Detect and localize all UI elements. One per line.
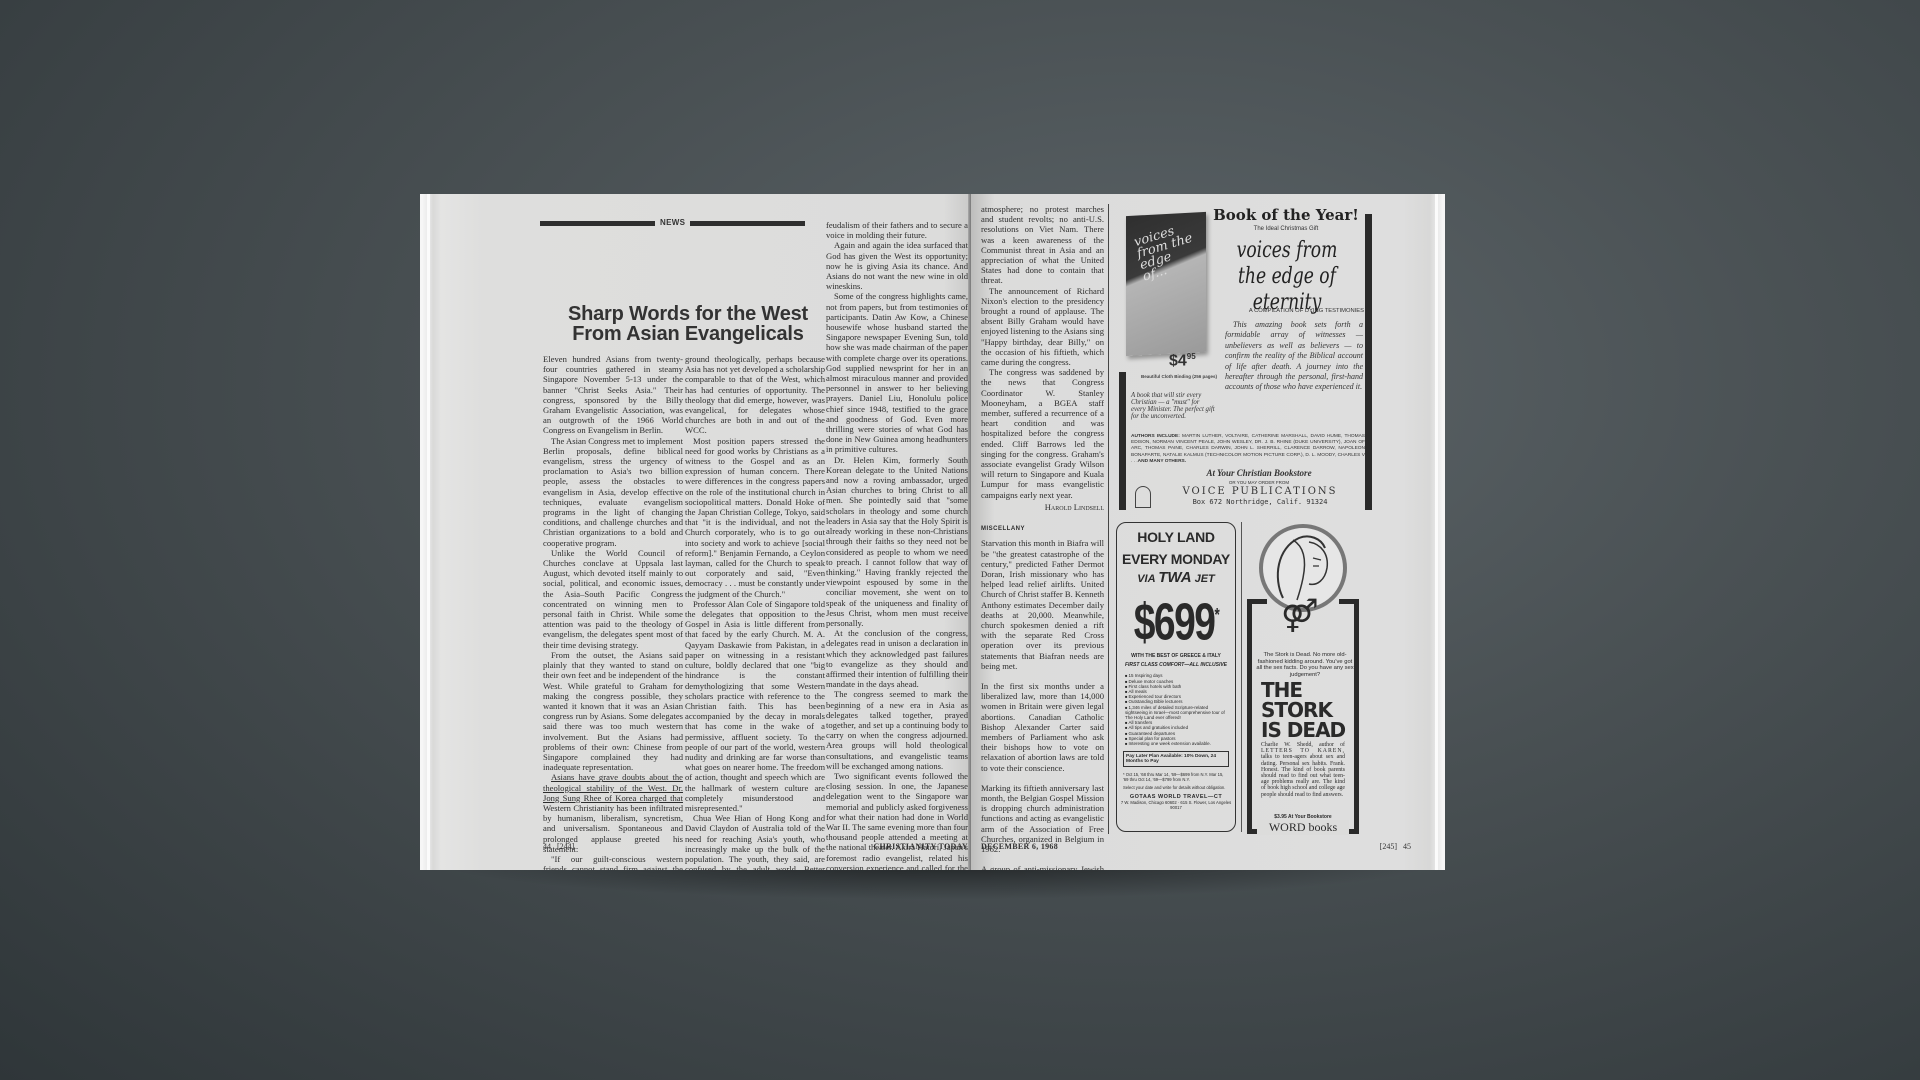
paragraph: ground theologically, perhaps because As… xyxy=(685,354,825,436)
publisher-name: VOICE PUBLICATIONS xyxy=(1157,486,1363,497)
byline: Harold Lindsell xyxy=(981,502,1104,512)
page-number: 45 xyxy=(1403,842,1411,851)
comfort-line: FIRST CLASS COMFORT—ALL INCLUSIVE xyxy=(1117,662,1235,669)
voice-logo-icon xyxy=(1135,486,1151,508)
ad-line1: HOLY LAND xyxy=(1117,529,1235,545)
folio: [244] xyxy=(557,842,574,851)
paragraph: The congress seemed to mark the beginnin… xyxy=(826,689,968,771)
bookstore-line: At Your Christian Bookstore xyxy=(1159,468,1359,478)
ad-divider xyxy=(1241,522,1242,832)
stork-title: THE STORK IS DEAD xyxy=(1261,680,1345,740)
paragraph: Most position papers stressed the need f… xyxy=(685,436,825,599)
best-of-line: WITH THE BEST OF GREECE & ITALY xyxy=(1117,653,1235,660)
paragraph: Chua Wee Hian of Hong Kong and David Cla… xyxy=(685,813,825,870)
paragraph: feudalism of their fathers and to secure… xyxy=(826,220,968,240)
paragraph: Professor Alan Cole of Singapore told th… xyxy=(685,599,825,813)
paragraph: Some of the congress highlights came, no… xyxy=(826,291,968,454)
page-number: 44 xyxy=(543,842,551,851)
article-column-3: feudalism of their fathers and to secure… xyxy=(826,220,968,870)
paragraph: From the outset, the Asians said plainly… xyxy=(543,650,683,772)
column-divider xyxy=(1108,204,1109,834)
order-line: OR YOU MAY ORDER FROM xyxy=(1159,480,1359,485)
left-page: NEWS Sharp Words for the West From Asian… xyxy=(420,194,971,870)
miscellany-heading: MISCELLANY xyxy=(981,524,1104,534)
quote: "If our guilt-conscious western friends … xyxy=(543,854,683,870)
book-description: This amazing book sets forth a formidabl… xyxy=(1225,320,1363,393)
book-binding: Beautiful Cloth Binding (256 pages) xyxy=(1137,374,1217,379)
book-blurb: A book that will stir every Christian — … xyxy=(1131,392,1215,420)
cover-title: voices from the edge of... xyxy=(1133,220,1203,284)
article-column-2: ground theologically, perhaps because As… xyxy=(685,354,825,870)
section-label: NEWS xyxy=(660,218,685,227)
paragraph: Again and again the idea surfaced that G… xyxy=(826,240,968,291)
pay-later-box: Pay Later Plan Available: 10% Down, 24 M… xyxy=(1123,751,1229,767)
ad-headline: Book of the Year! xyxy=(1211,206,1361,224)
article-column-1: Eleven hundred Asians from twenty-four c… xyxy=(543,354,683,870)
paragraph: Dr. Helen Kim, formerly South Korean del… xyxy=(826,455,968,628)
issue-date: DECEMBER 6, 1968 xyxy=(981,842,1058,851)
ad-subhead: The Ideal Christmas Gift xyxy=(1211,226,1361,232)
paragraph: Unlike the World Council of Churches con… xyxy=(543,548,683,650)
paragraph: The Asian Congress met to implement Berl… xyxy=(543,436,683,548)
book-price: $495 xyxy=(1169,352,1196,370)
paragraph: The congress was saddened by the news th… xyxy=(981,367,1104,500)
publisher-address: Box 672 Northridge, Calif. 91324 xyxy=(1157,498,1363,506)
stork-tagline: The Stork is Dead. No more old-fashioned… xyxy=(1255,652,1355,678)
right-page: atmosphere; no protest marches and stude… xyxy=(971,194,1445,870)
stork-description: Charlie W. Shedd, author of LETTERS TO K… xyxy=(1261,742,1345,798)
stork-book-advertisement: ⚤ The Stork is Dead. No more old-fashion… xyxy=(1247,524,1365,834)
book-cover-image: voices from the edge of... xyxy=(1126,212,1206,356)
date-pricing: * Oct 15, '68 thru Mar 14, '69—$699 from… xyxy=(1117,772,1235,782)
ad-border-bar xyxy=(1119,372,1126,510)
feature-list: 15 Inspiring days Deluxe motor coaches F… xyxy=(1117,669,1235,746)
gender-symbols-icon: ⚤ xyxy=(1281,599,1319,631)
article-headline: Sharp Words for the West From Asian Evan… xyxy=(543,304,833,344)
news-rule-right xyxy=(690,221,805,226)
news-rule-left xyxy=(540,221,655,226)
paragraph: Eleven hundred Asians from twenty-four c… xyxy=(543,354,683,436)
ad-line2: EVERY MONDAY xyxy=(1117,551,1235,567)
word-books-logo: WORD books xyxy=(1257,820,1349,835)
page-edge xyxy=(427,194,430,870)
select-note: Select your date and write for details w… xyxy=(1117,785,1235,790)
page-edge xyxy=(1435,194,1438,870)
misc-item: In the first six months under a liberali… xyxy=(981,681,1104,773)
ad-border-bar xyxy=(1365,214,1372,510)
paragraph: The announcement of Richard Nixon's elec… xyxy=(981,286,1104,368)
left-footer-page: 44 [244] xyxy=(543,842,574,851)
couple-faces-icon xyxy=(1263,528,1343,608)
trip-price: $699* xyxy=(1132,586,1221,651)
airline-line: VIA TWA JET xyxy=(1117,569,1235,586)
misc-item: A group of anti-missionary Jewish studen… xyxy=(981,864,1104,870)
paragraph: At the conclusion of the congress, deleg… xyxy=(826,628,968,689)
book-authors: AUTHORS INCLUDE: MARTIN LUTHER, VOLTAIRE… xyxy=(1131,434,1365,465)
paragraph: atmosphere; no protest marches and stude… xyxy=(981,204,1104,286)
book-advertisement: voices from the edge of... $495 Beautifu… xyxy=(1119,206,1381,506)
agency-address: 7 W. Madison, Chicago 60602 · 615 S. Flo… xyxy=(1117,800,1235,810)
publication-name: CHRISTIANITY TODAY xyxy=(825,842,968,851)
right-footer-page: [245] 45 xyxy=(1351,842,1411,851)
feature-item: Interesting one week extension available… xyxy=(1125,741,1229,746)
folio: [245] xyxy=(1380,842,1397,851)
news-column: atmosphere; no protest marches and stude… xyxy=(981,204,1104,870)
paragraph: Two significant events followed the clos… xyxy=(826,771,968,870)
holy-land-advertisement: HOLY LAND EVERY MONDAY VIA TWA JET $699*… xyxy=(1116,522,1236,832)
feature-item: 1,346 miles of detailed Scripture-relate… xyxy=(1125,705,1229,721)
underlined-text: Asians have grave doubts about the theol… xyxy=(543,772,683,802)
misc-item: Starvation this month in Biafra will be … xyxy=(981,538,1104,671)
book-title: voices from the edge of eternity xyxy=(1225,238,1350,316)
book-compilation: A COMPILATION OF DYING TESTIMONIES xyxy=(1219,308,1364,314)
